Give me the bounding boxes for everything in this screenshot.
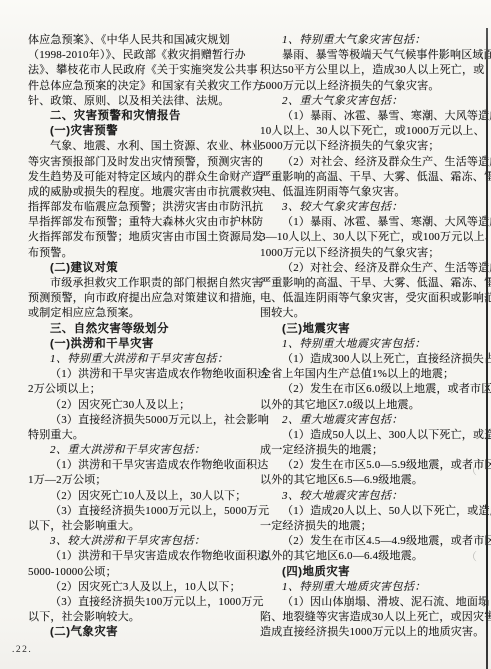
text-line: 气象、地震、水利、国土资源、农业、林业 bbox=[28, 139, 252, 154]
text-line: 针、政策、原则、以及相关法律、法规。 bbox=[28, 94, 252, 109]
text-line: 3、较大地震灾害包括： bbox=[260, 489, 486, 504]
text-line: 1、特别重大洪涝和干旱灾害包括： bbox=[28, 352, 252, 367]
text-line: 2、重大洪涝和干旱灾害包括： bbox=[28, 443, 252, 458]
text-line: 3、较大洪涝和干旱灾害包括： bbox=[28, 534, 252, 549]
text-line: （1）暴雨、冰雹、暴雪、寒潮、大风等造成 bbox=[260, 109, 486, 124]
text-line: 积达50平方公里以上，造成30人以上死亡，或 bbox=[260, 63, 486, 78]
text-line: 以下，社会影响重大。 bbox=[28, 519, 252, 534]
text-line: 严重影响的高温、干旱、大雾、低温、霜冻、雷 bbox=[260, 276, 486, 291]
scan-edge-line bbox=[486, 28, 488, 669]
text-line: 体应急预案》、《中华人民共和国减灾规划 bbox=[28, 33, 252, 48]
text-line: (二)气象灾害 bbox=[28, 625, 252, 640]
text-line: 严重影响的高温、干旱、大雾、低温、霜冻、雷 bbox=[260, 170, 486, 185]
text-line: （1）造成300人以上死亡，直接经济损失占 bbox=[260, 352, 486, 367]
text-line: （2）因灾死亡30人及以上； bbox=[28, 398, 252, 413]
text-line: 二、灾害预警和灾情报告 bbox=[28, 109, 252, 124]
text-line: 以外的其它地区7.0级以上地震。 bbox=[260, 398, 486, 413]
text-line: 成一定经济损失的地震； bbox=[260, 443, 486, 458]
text-line: 成的威胁或损失的程度。地震灾害由市抗震救灾 bbox=[28, 185, 252, 200]
text-line: 以外的其它地区6.5—6.9级地震。 bbox=[260, 473, 486, 488]
text-line: 1000万元以下经济损失的气象灾害； bbox=[260, 246, 486, 261]
text-line: 造成直接经济损失1000万元以上的地质灾害。 bbox=[260, 625, 486, 640]
text-line: （2）因灾死亡3人及以上，10人以下； bbox=[28, 580, 252, 595]
text-line: （1）因山体崩塌、滑坡、泥石流、地面塌 bbox=[260, 595, 486, 610]
text-line: 预测预警，向市政府提出应急对策建议和措施， bbox=[28, 291, 252, 306]
text-line: 特别重大。 bbox=[28, 428, 252, 443]
text-line: 法》、攀枝花市人民政府《关于实施突发公共事 bbox=[28, 63, 252, 78]
text-line: 2、重大地震灾害包括： bbox=[260, 413, 486, 428]
text-line: 3、较大气象灾害包括： bbox=[260, 200, 486, 215]
text-line: 陷、地裂缝等灾害造成30人以上死亡，或因灾害 bbox=[260, 610, 486, 625]
text-line: 5000-10000公顷； bbox=[28, 565, 252, 580]
text-line: 电、低温连阴雨等气象灾害。 bbox=[260, 185, 486, 200]
text-line: 火指挥部发布预警；地质灾害由市国土资源局发 bbox=[28, 230, 252, 245]
text-line: (二)建议对策 bbox=[28, 261, 252, 276]
page-number: .22. bbox=[12, 645, 32, 655]
text-line: （3）直接经济损失5000万元以上，社会影响 bbox=[28, 413, 252, 428]
text-line: 以外的其它地区6.0—6.4级地震。 bbox=[260, 549, 486, 564]
text-line: 1、特别重大气象灾害包括： bbox=[260, 33, 486, 48]
text-line: （1998-2010年）》、民政部《救灾捐赠暂行办 bbox=[28, 48, 252, 63]
text-line: 以下，社会影响较大。 bbox=[28, 610, 252, 625]
text-line: 围较大。 bbox=[260, 306, 486, 321]
text-line: 暴雨、暴雪等极端天气气候事件影响区域面 bbox=[260, 48, 486, 63]
text-line: 1万—2万公顷； bbox=[28, 473, 252, 488]
text-line: 发生趋势及可能对特定区域内的群众生命财产造 bbox=[28, 170, 252, 185]
document-page: 体应急预案》、《中华人民共和国减灾规划（1998-2010年）》、民政部《救灾捐… bbox=[0, 0, 491, 669]
text-line: （1）洪涝和干旱灾害造成农作物绝收面积达 bbox=[28, 549, 252, 564]
text-line: 件总体应急预案的决定》和国家有关救灾工作方 bbox=[28, 79, 252, 94]
text-line: 电、低温连阴雨等气象灾害，受灾面积或影响范 bbox=[260, 291, 486, 306]
left-column: 体应急预案》、《中华人民共和国减灾规划（1998-2010年）》、民政部《救灾捐… bbox=[28, 33, 252, 641]
text-line: （1）造成50人以上、300人以下死亡，或造 bbox=[260, 428, 486, 443]
text-line: 2、重大气象灾害包括： bbox=[260, 94, 486, 109]
right-column: 1、特别重大气象灾害包括：暴雨、暴雪等极端天气气候事件影响区域面积达50平方公里… bbox=[260, 33, 486, 641]
text-line: （2）对社会、经济及群众生产、生活等造成 bbox=[260, 155, 486, 170]
text-line: 市级承担救灾工作职责的部门根据自然灾害 bbox=[28, 276, 252, 291]
text-line: 指挥部发布临震应急预警；洪涝灾害由市防汛抗 bbox=[28, 200, 252, 215]
text-line: 5000万元以上经济损失的气象灾害。 bbox=[260, 79, 486, 94]
text-line: （3）直接经济损失100万元以上，1000万元 bbox=[28, 595, 252, 610]
text-line: (三)地震灾害 bbox=[260, 322, 486, 337]
text-line: （1）洪涝和干旱灾害造成农作物绝收面积达 bbox=[28, 367, 252, 382]
text-line: 等灾害预报部门及时发出灾情预警，预测灾害的 bbox=[28, 155, 252, 170]
text-line: （2）发生在市区5.0—5.9级地震，或者市区 bbox=[260, 458, 486, 473]
text-line: 2万公顷以上； bbox=[28, 382, 252, 397]
text-line: 1、特别重大地质灾害包括： bbox=[260, 580, 486, 595]
scan-artifact: （ bbox=[466, 548, 477, 564]
text-line: 全省上年国内生产总值1%以上的地震； bbox=[260, 367, 486, 382]
text-line: （2）发生在市区4.5—4.9级地震，或者市区 bbox=[260, 534, 486, 549]
text-line: （2）因灾死亡10人及以上，30人以下； bbox=[28, 489, 252, 504]
text-line: 1、特别重大地震灾害包括： bbox=[260, 337, 486, 352]
text-line: （2）发生在市区6.0级以上地震，或者市区 bbox=[260, 382, 486, 397]
text-line: 布预警。 bbox=[28, 246, 252, 261]
text-line: 旱指挥部发布预警；重特大森林火灾由市护林防 bbox=[28, 215, 252, 230]
text-line: 一定经济损失的地震； bbox=[260, 519, 486, 534]
text-line: （1）造成20人以上、50人以下死亡，或造成 bbox=[260, 504, 486, 519]
text-line: （2）对社会、经济及群众生产、生活等造成 bbox=[260, 261, 486, 276]
text-line: （1）暴雨、冰雹、暴雪、寒潮、大风等造成 bbox=[260, 215, 486, 230]
text-line: (一)灾害预警 bbox=[28, 124, 252, 139]
text-line: （1）洪涝和干旱灾害造成农作物绝收面积达 bbox=[28, 458, 252, 473]
scan-artifact: （ bbox=[466, 462, 477, 478]
text-line: (四)地质灾害 bbox=[260, 565, 486, 580]
text-line: 或制定相应应急预案。 bbox=[28, 306, 252, 321]
text-line: 3—10人以上、30人以下死亡，或100万元以上、 bbox=[260, 230, 486, 245]
text-line: 10人以上、30人以下死亡，或1000万元以上、 bbox=[260, 124, 486, 139]
text-line: （3）直接经济损失1000万元以上，5000万元 bbox=[28, 504, 252, 519]
scan-artifact: （ bbox=[466, 350, 477, 366]
text-line: 三、自然灾害等级划分 bbox=[28, 322, 252, 337]
text-line: (一)洪涝和干旱灾害 bbox=[28, 337, 252, 352]
text-line: 5000万元以下经济损失的气象灾害； bbox=[260, 139, 486, 154]
